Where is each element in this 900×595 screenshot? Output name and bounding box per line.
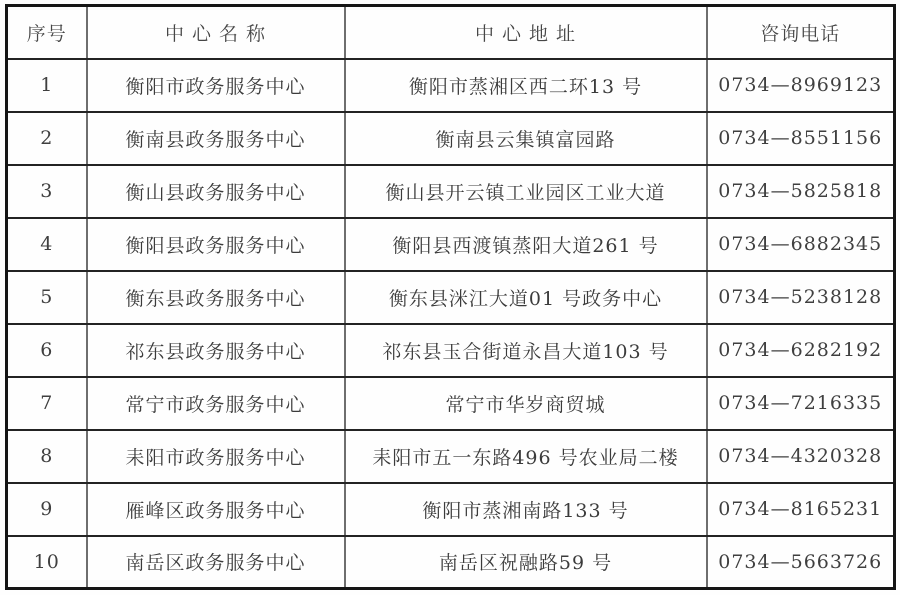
cell-serial-number: 9	[7, 483, 87, 536]
cell-center-address: 衡阳县西渡镇蒸阳大道261 号	[345, 218, 707, 271]
cell-center-name: 耒阳市政务服务中心	[87, 430, 345, 483]
cell-center-name: 雁峰区政务服务中心	[87, 483, 345, 536]
cell-serial-number: 3	[7, 165, 87, 218]
cell-center-address: 祁东县玉合街道永昌大道103 号	[345, 324, 707, 377]
cell-serial-number: 7	[7, 377, 87, 430]
cell-center-address: 衡山县开云镇工业园区工业大道	[345, 165, 707, 218]
table-row: 10 南岳区政务服务中心 南岳区祝融路59 号 0734—5663726	[7, 536, 895, 589]
cell-center-address: 耒阳市五一东路496 号农业局二楼	[345, 430, 707, 483]
cell-serial-number: 4	[7, 218, 87, 271]
cell-center-name: 衡东县政务服务中心	[87, 271, 345, 324]
cell-phone-number: 0734—6282192	[707, 324, 895, 377]
table-row: 9 雁峰区政务服务中心 衡阳市蒸湘南路133 号 0734—8165231	[7, 483, 895, 536]
table-row: 1 衡阳市政务服务中心 衡阳市蒸湘区西二环13 号 0734—8969123	[7, 59, 895, 112]
cell-center-name: 祁东县政务服务中心	[87, 324, 345, 377]
cell-center-name: 南岳区政务服务中心	[87, 536, 345, 589]
table-row: 8 耒阳市政务服务中心 耒阳市五一东路496 号农业局二楼 0734—43203…	[7, 430, 895, 483]
cell-center-name: 常宁市政务服务中心	[87, 377, 345, 430]
cell-phone-number: 0734—8969123	[707, 59, 895, 112]
table-row: 6 祁东县政务服务中心 祁东县玉合街道永昌大道103 号 0734—628219…	[7, 324, 895, 377]
cell-phone-number: 0734—8551156	[707, 112, 895, 165]
cell-center-address: 衡东县洣江大道01 号政务中心	[345, 271, 707, 324]
cell-serial-number: 8	[7, 430, 87, 483]
cell-phone-number: 0734—5825818	[707, 165, 895, 218]
cell-center-address: 常宁市华岁商贸城	[345, 377, 707, 430]
table-row: 4 衡阳县政务服务中心 衡阳县西渡镇蒸阳大道261 号 0734—6882345	[7, 218, 895, 271]
column-header-no: 序号	[7, 6, 87, 59]
table-body: 1 衡阳市政务服务中心 衡阳市蒸湘区西二环13 号 0734—8969123 2…	[7, 59, 895, 589]
cell-phone-number: 0734—7216335	[707, 377, 895, 430]
service-centers-table: 序号 中 心 名 称 中 心 地 址 咨询电话 1 衡阳市政务服务中心 衡阳市蒸…	[5, 4, 896, 590]
cell-center-name: 衡山县政务服务中心	[87, 165, 345, 218]
cell-center-address: 衡南县云集镇富园路	[345, 112, 707, 165]
table-row: 5 衡东县政务服务中心 衡东县洣江大道01 号政务中心 0734—5238128	[7, 271, 895, 324]
cell-phone-number: 0734—8165231	[707, 483, 895, 536]
cell-phone-number: 0734—5663726	[707, 536, 895, 589]
table-row: 2 衡南县政务服务中心 衡南县云集镇富园路 0734—8551156	[7, 112, 895, 165]
cell-phone-number: 0734—5238128	[707, 271, 895, 324]
column-header-phone: 咨询电话	[707, 6, 895, 59]
document-page: 序号 中 心 名 称 中 心 地 址 咨询电话 1 衡阳市政务服务中心 衡阳市蒸…	[0, 0, 900, 595]
column-header-address: 中 心 地 址	[345, 6, 707, 59]
cell-phone-number: 0734—6882345	[707, 218, 895, 271]
column-header-name: 中 心 名 称	[87, 6, 345, 59]
cell-center-address: 衡阳市蒸湘南路133 号	[345, 483, 707, 536]
cell-serial-number: 1	[7, 59, 87, 112]
header-row: 序号 中 心 名 称 中 心 地 址 咨询电话	[7, 6, 895, 59]
cell-center-address: 衡阳市蒸湘区西二环13 号	[345, 59, 707, 112]
cell-center-name: 衡阳县政务服务中心	[87, 218, 345, 271]
cell-center-address: 南岳区祝融路59 号	[345, 536, 707, 589]
table-row: 3 衡山县政务服务中心 衡山县开云镇工业园区工业大道 0734—5825818	[7, 165, 895, 218]
cell-serial-number: 6	[7, 324, 87, 377]
cell-center-name: 衡阳市政务服务中心	[87, 59, 345, 112]
table-header: 序号 中 心 名 称 中 心 地 址 咨询电话	[7, 6, 895, 59]
cell-phone-number: 0734—4320328	[707, 430, 895, 483]
cell-serial-number: 2	[7, 112, 87, 165]
cell-center-name: 衡南县政务服务中心	[87, 112, 345, 165]
table-row: 7 常宁市政务服务中心 常宁市华岁商贸城 0734—7216335	[7, 377, 895, 430]
cell-serial-number: 10	[7, 536, 87, 589]
cell-serial-number: 5	[7, 271, 87, 324]
